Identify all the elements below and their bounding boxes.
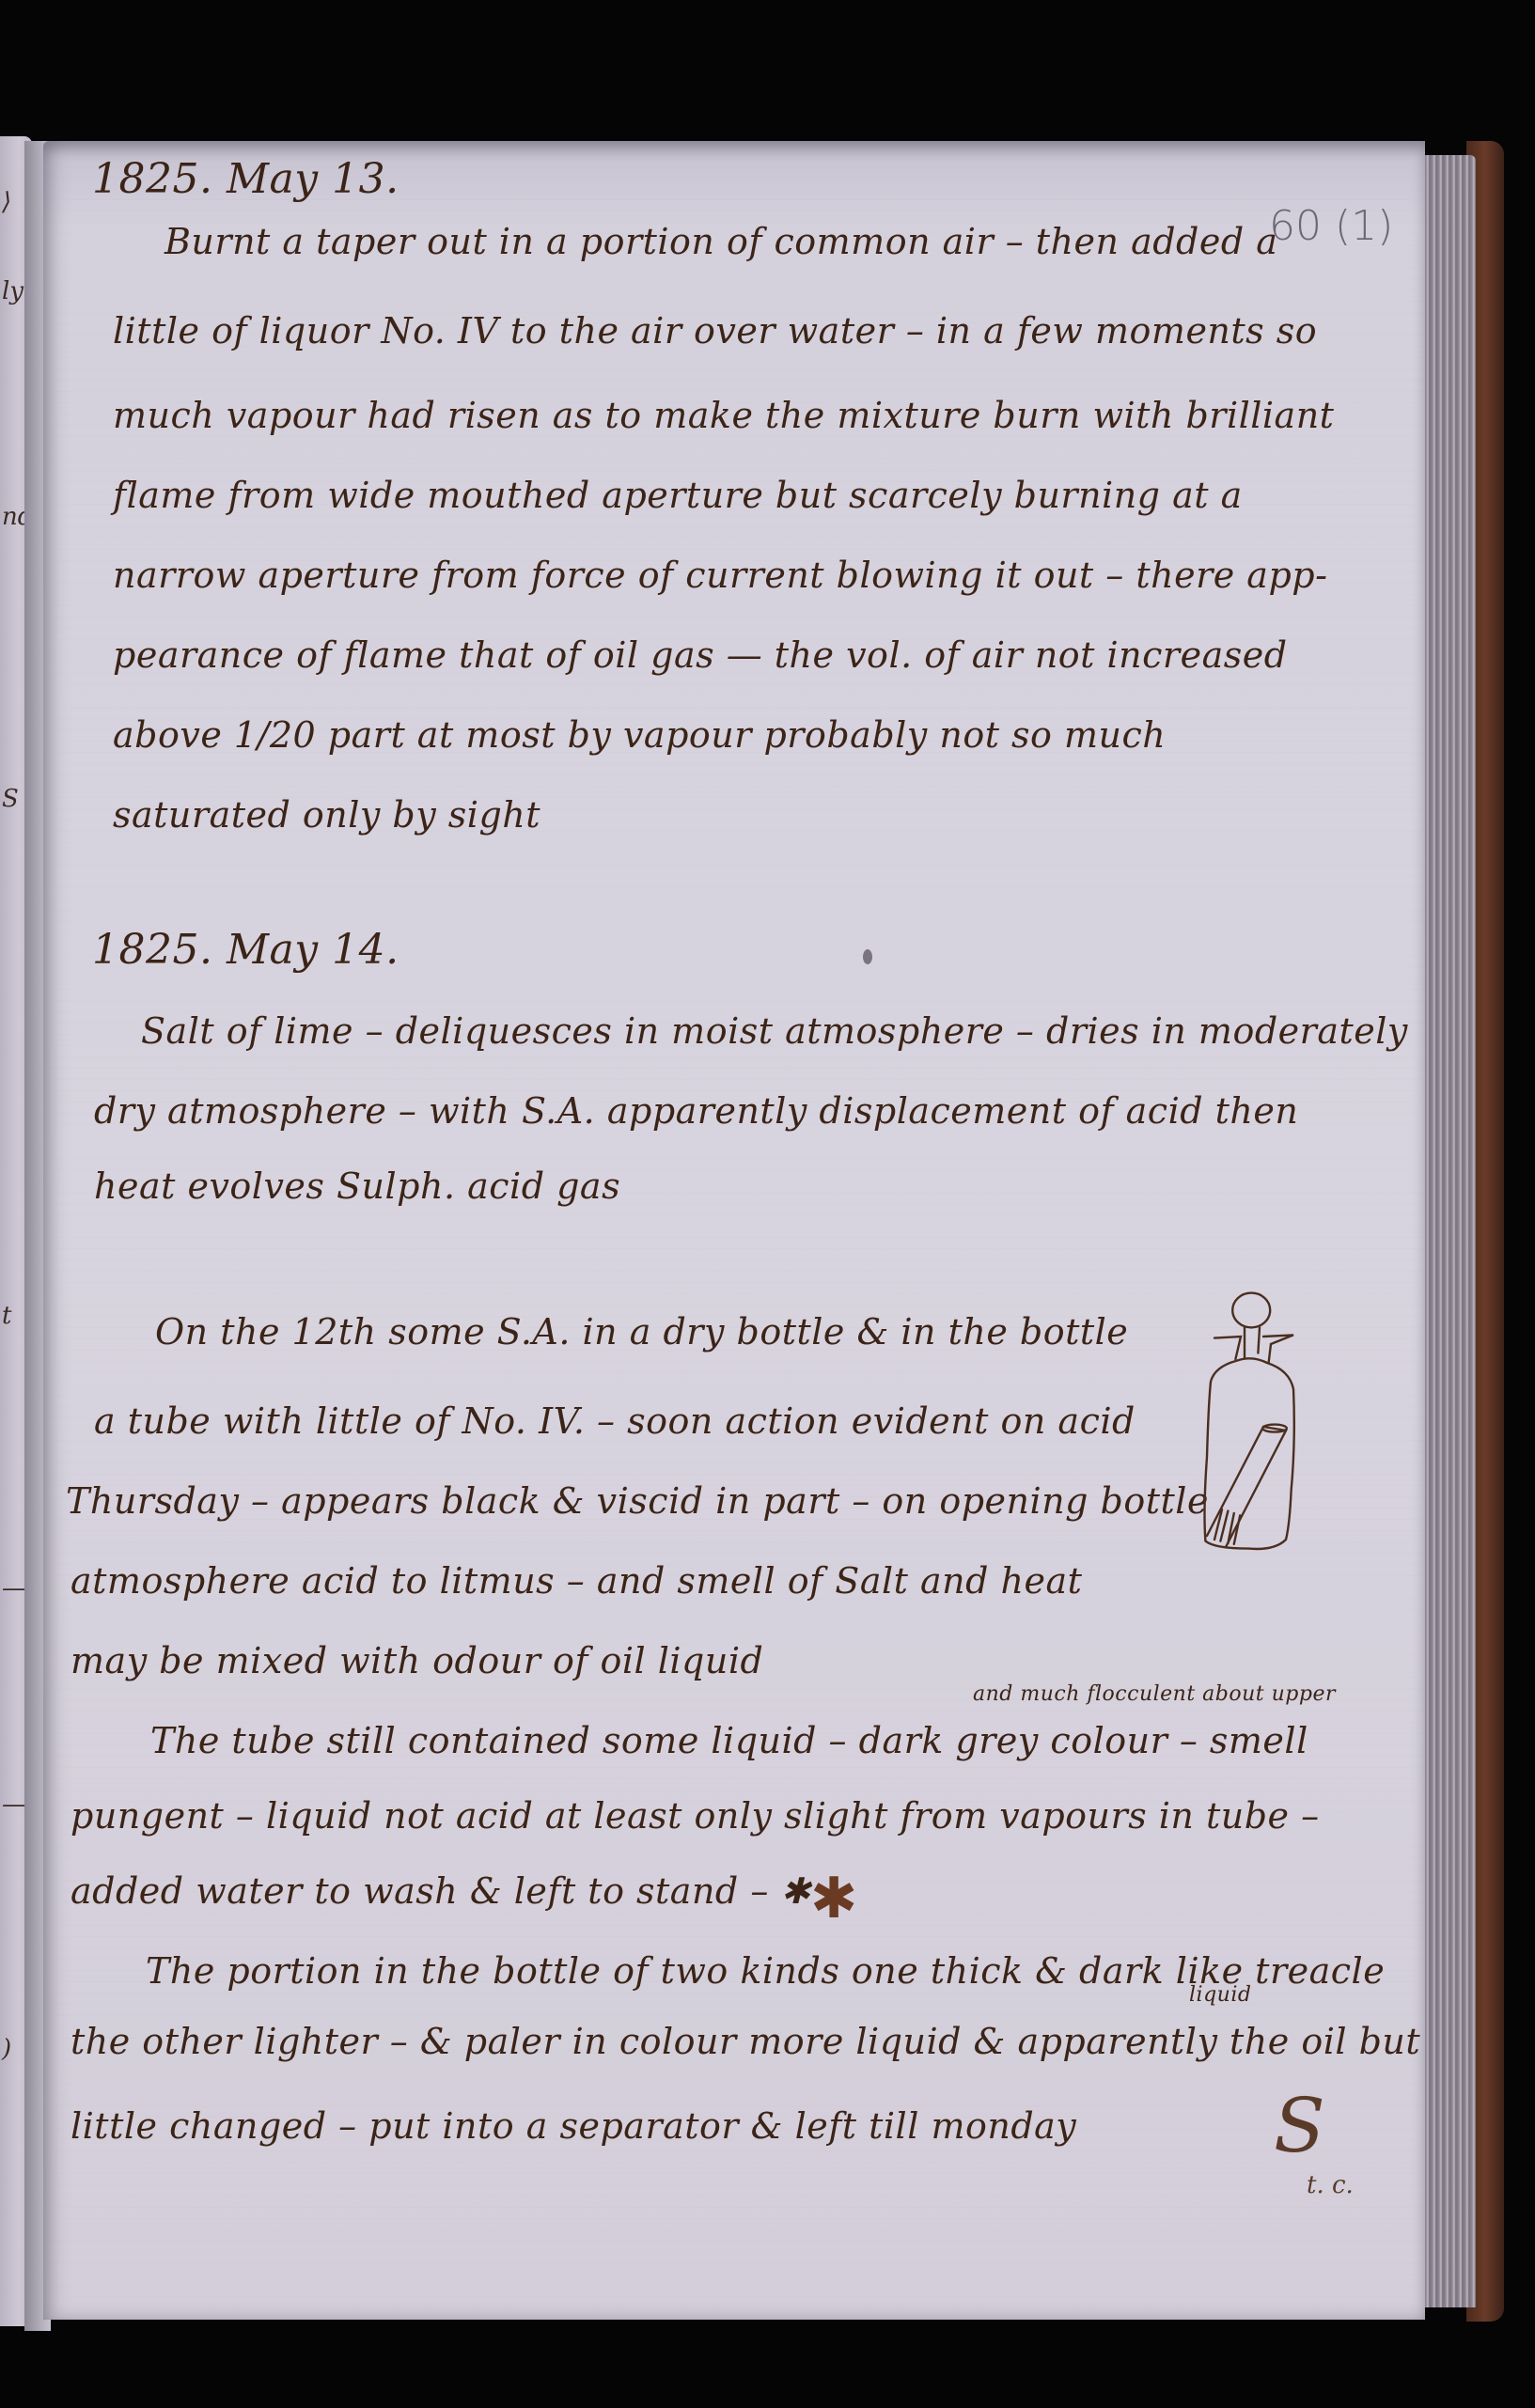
entry-line: a tube with little of No. IV. – soon act… — [94, 1400, 1136, 1442]
entry-date: 1825. May 14. — [92, 926, 399, 974]
entry-line: pungent – liquid not acid at least only … — [70, 1795, 1320, 1837]
entry-line: heat evolves Sulph. acid gas — [94, 1165, 620, 1207]
entry-line: atmosphere acid to litmus – and smell of… — [70, 1560, 1082, 1602]
entry-line: flame from wide mouthed aperture but sca… — [113, 475, 1243, 516]
left-page-fragment: — — [2, 1574, 26, 1603]
entry-line: dry atmosphere – with S.A. apparently di… — [94, 1090, 1298, 1132]
bottle-sketch-icon — [1184, 1241, 1335, 1598]
left-page-fragment: ly — [2, 277, 23, 305]
ink-spot — [863, 949, 872, 964]
entry-line: Thursday – appears black & viscid in par… — [66, 1480, 1209, 1522]
superscript-correction: liquid — [1189, 1983, 1251, 2007]
entry-line: Burnt a taper out in a portion of common… — [164, 221, 1277, 262]
entry-line: added water to wash & left to stand – ✱ — [70, 1870, 811, 1912]
left-page-fragment: — — [2, 1790, 26, 1819]
entry-line: pearance of flame that of oil gas — the … — [113, 634, 1288, 676]
left-page-fragment: t — [2, 1302, 11, 1330]
entry-line: little changed – put into a separator & … — [70, 2105, 1076, 2147]
entry-line: above 1/20 part at most by vapour probab… — [113, 714, 1166, 756]
entry-line: much vapour had risen as to make the mix… — [113, 395, 1334, 436]
entry-line: Salt of lime – deliquesces in moist atmo… — [141, 1010, 1408, 1052]
entry-line: The tube still contained some liquid – d… — [150, 1720, 1308, 1761]
signature-mark: S — [1274, 2082, 1325, 2169]
signature-small-mark: t. c. — [1307, 2171, 1354, 2199]
entry-line: may be mixed with odour of oil liquid — [70, 1640, 763, 1681]
entry-line: saturated only by sight — [113, 794, 540, 836]
entry-date: 1825. May 13. — [92, 155, 399, 203]
left-page-fragment: ⟩ — [2, 188, 11, 216]
entry-line: On the 12th some S.A. in a dry bottle & … — [155, 1311, 1128, 1353]
entry-line: little of liquor No. IV to the air over … — [113, 310, 1317, 352]
left-page-fragment: S — [2, 785, 19, 813]
interlinear-insertion: and much flocculent about upper — [973, 1682, 1336, 1706]
left-page-fragment: ) — [2, 2035, 11, 2063]
entry-line: narrow aperture from force of current bl… — [113, 555, 1327, 596]
entry-line: the other lighter – & paler in colour mo… — [70, 2021, 1420, 2062]
asterisk-mark: ✱ — [810, 1866, 857, 1931]
folio-number: 60 (1) — [1269, 202, 1393, 250]
